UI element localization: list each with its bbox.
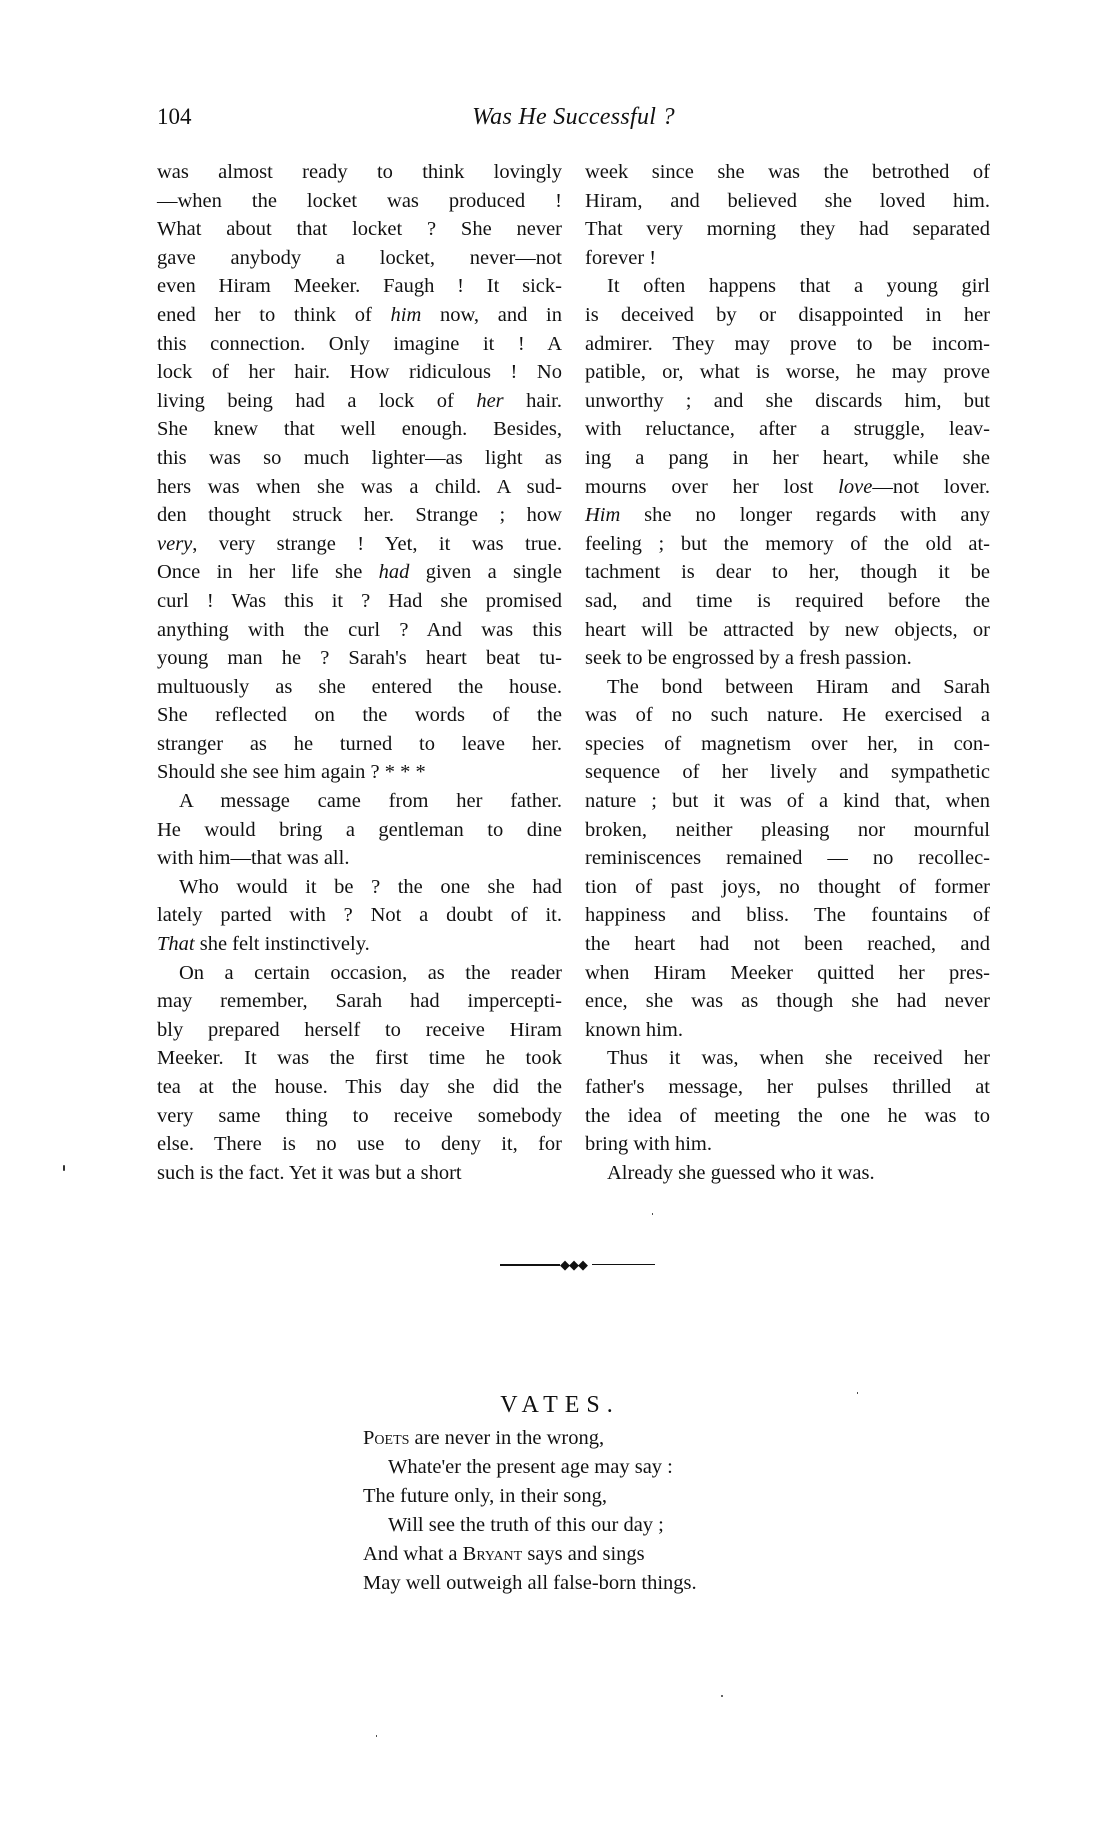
divider-rule-right — [592, 1264, 655, 1265]
text-line: mourns over her lost love—not lover. — [585, 473, 990, 502]
text-line: She reflected on the words of the — [157, 701, 562, 730]
text-line: ence, she was as though she had never — [585, 987, 990, 1016]
text-line: What about that locket ? She never — [157, 215, 562, 244]
scan-speck — [63, 1165, 65, 1171]
text-line: Once in her life she had given a single — [157, 558, 562, 587]
text-line: even Hiram Meeker. Faugh ! It sick- — [157, 272, 562, 301]
text-line: Hiram, and believed she loved him. — [585, 187, 990, 216]
text-line: heart will be attracted by new objects, … — [585, 616, 990, 645]
text-line: known him. — [585, 1016, 990, 1045]
text-line: That she felt instinctively. — [157, 930, 562, 959]
left-column: was almost ready to think lovingly—when … — [157, 158, 562, 1187]
section-divider-ornament: ◆◆◆ — [500, 1258, 655, 1272]
text-line: Who would it be ? the one she had — [157, 873, 562, 902]
scan-speck — [376, 1735, 377, 1737]
poem-verse-6: May well outweigh all false-born things. — [363, 1569, 697, 1598]
poem-verse-3: The future only, in their song, — [363, 1482, 697, 1511]
text-line: stranger as he turned to leave her. — [157, 730, 562, 759]
text-line: species of magnetism over her, in con- — [585, 730, 990, 759]
text-line: this connection. Only imagine it ! A — [157, 330, 562, 359]
text-line: with him—that was all. — [157, 844, 562, 873]
text-line: Already she guessed who it was. — [585, 1159, 990, 1188]
running-title: Was He Successful ? — [157, 104, 990, 131]
text-line: young man he ? Sarah's heart beat tu- — [157, 644, 562, 673]
scan-speck — [721, 1695, 723, 1697]
text-line: bring with him. — [585, 1130, 990, 1159]
text-line: den thought struck her. Strange ; how — [157, 501, 562, 530]
text-line: ing a pang in her heart, while she — [585, 444, 990, 473]
poem-verse-2: Whate'er the present age may say : — [363, 1453, 697, 1482]
text-line: very, very strange ! Yet, it was true. — [157, 530, 562, 559]
text-line: sad, and time is required before the — [585, 587, 990, 616]
text-line: seek to be engrossed by a fresh passion. — [585, 644, 990, 673]
poet-name: Bryant — [463, 1543, 523, 1565]
text-line: bly prepared herself to receive Hiram — [157, 1016, 562, 1045]
text-line: father's message, her pulses thrilled at — [585, 1073, 990, 1102]
poem-verse-5: And what a Bryant says and sings — [363, 1540, 697, 1569]
text-line: Him she no longer regards with any — [585, 501, 990, 530]
text-line: The bond between Hiram and Sarah — [585, 673, 990, 702]
text-line: was of no such nature. He exercised a — [585, 701, 990, 730]
text-line: curl ! Was this it ? Had she promised — [157, 587, 562, 616]
text-line: Meeker. It was the first time he took — [157, 1044, 562, 1073]
text-line: gave anybody a locket, never—not — [157, 244, 562, 273]
diamond-dots-icon: ◆◆◆ — [560, 1255, 587, 1275]
text-line: He would bring a gentleman to dine — [157, 816, 562, 845]
text-line: Thus it was, when she received her — [585, 1044, 990, 1073]
text-line: ened her to think of him now, and in — [157, 301, 562, 330]
text-line: this was so much lighter—as light as — [157, 444, 562, 473]
text-line: forever ! — [585, 244, 990, 273]
text-line: A message came from her father. — [157, 787, 562, 816]
right-column: week since she was the betrothed ofHiram… — [585, 158, 990, 1187]
text-line: hers was when she was a child. A sud- — [157, 473, 562, 502]
text-line: may remember, Sarah had impercepti- — [157, 987, 562, 1016]
text-line: feeling ; but the memory of the old at- — [585, 530, 990, 559]
text-line: It often happens that a young girl — [585, 272, 990, 301]
text-line: very same thing to receive somebody — [157, 1102, 562, 1131]
text-line: happiness and bliss. The fountains of — [585, 901, 990, 930]
poem-first-word: Poets — [363, 1427, 409, 1449]
scan-speck — [652, 1213, 653, 1215]
poem-verse-1: Poets are never in the wrong, — [363, 1424, 697, 1453]
text-line: was almost ready to think lovingly — [157, 158, 562, 187]
text-line: On a certain occasion, as the reader — [157, 959, 562, 988]
text-line: nature ; but it was of a kind that, when — [585, 787, 990, 816]
poem-body: Poets are never in the wrong, Whate'er t… — [363, 1424, 697, 1598]
text-line: —when the locket was produced ! — [157, 187, 562, 216]
divider-rule-left — [500, 1264, 560, 1266]
text-line: such is the fact. Yet it was but a short — [157, 1159, 562, 1188]
text-line: She knew that well enough. Besides, — [157, 415, 562, 444]
text-line: broken, neither pleasing nor mournful — [585, 816, 990, 845]
text-line: patible, or, what is worse, he may prove — [585, 358, 990, 387]
text-line: the heart had not been reached, and — [585, 930, 990, 959]
poem-title: VATES. — [0, 1392, 1120, 1419]
text-line: when Hiram Meeker quitted her pres- — [585, 959, 990, 988]
text-line: else. There is no use to deny it, for — [157, 1130, 562, 1159]
text-line: admirer. They may prove to be incom- — [585, 330, 990, 359]
text-line: the idea of meeting the one he was to — [585, 1102, 990, 1131]
text-line: unworthy ; and she discards him, but — [585, 387, 990, 416]
text-line: tea at the house. This day she did the — [157, 1073, 562, 1102]
poem-verse-4: Will see the truth of this our day ; — [363, 1511, 697, 1540]
text-line: That very morning they had separated — [585, 215, 990, 244]
text-line: sequence of her lively and sympathetic — [585, 758, 990, 787]
scan-speck — [857, 1392, 858, 1394]
text-line: is deceived by or disappointed in her — [585, 301, 990, 330]
text-line: anything with the curl ? And was this — [157, 616, 562, 645]
text-line: lock of her hair. How ridiculous ! No — [157, 358, 562, 387]
text-line: reminiscences remained — no recollec- — [585, 844, 990, 873]
text-line: tachment is dear to her, though it be — [585, 558, 990, 587]
text-line: living being had a lock of her hair. — [157, 387, 562, 416]
text-line: lately parted with ? Not a doubt of it. — [157, 901, 562, 930]
text-line: Should she see him again ? * * * — [157, 758, 562, 787]
running-head: 104 Was He Successful ? — [157, 104, 990, 136]
text-line: multuously as she entered the house. — [157, 673, 562, 702]
text-line: with reluctance, after a struggle, leav- — [585, 415, 990, 444]
text-line: week since she was the betrothed of — [585, 158, 990, 187]
text-line: tion of past joys, no thought of former — [585, 873, 990, 902]
